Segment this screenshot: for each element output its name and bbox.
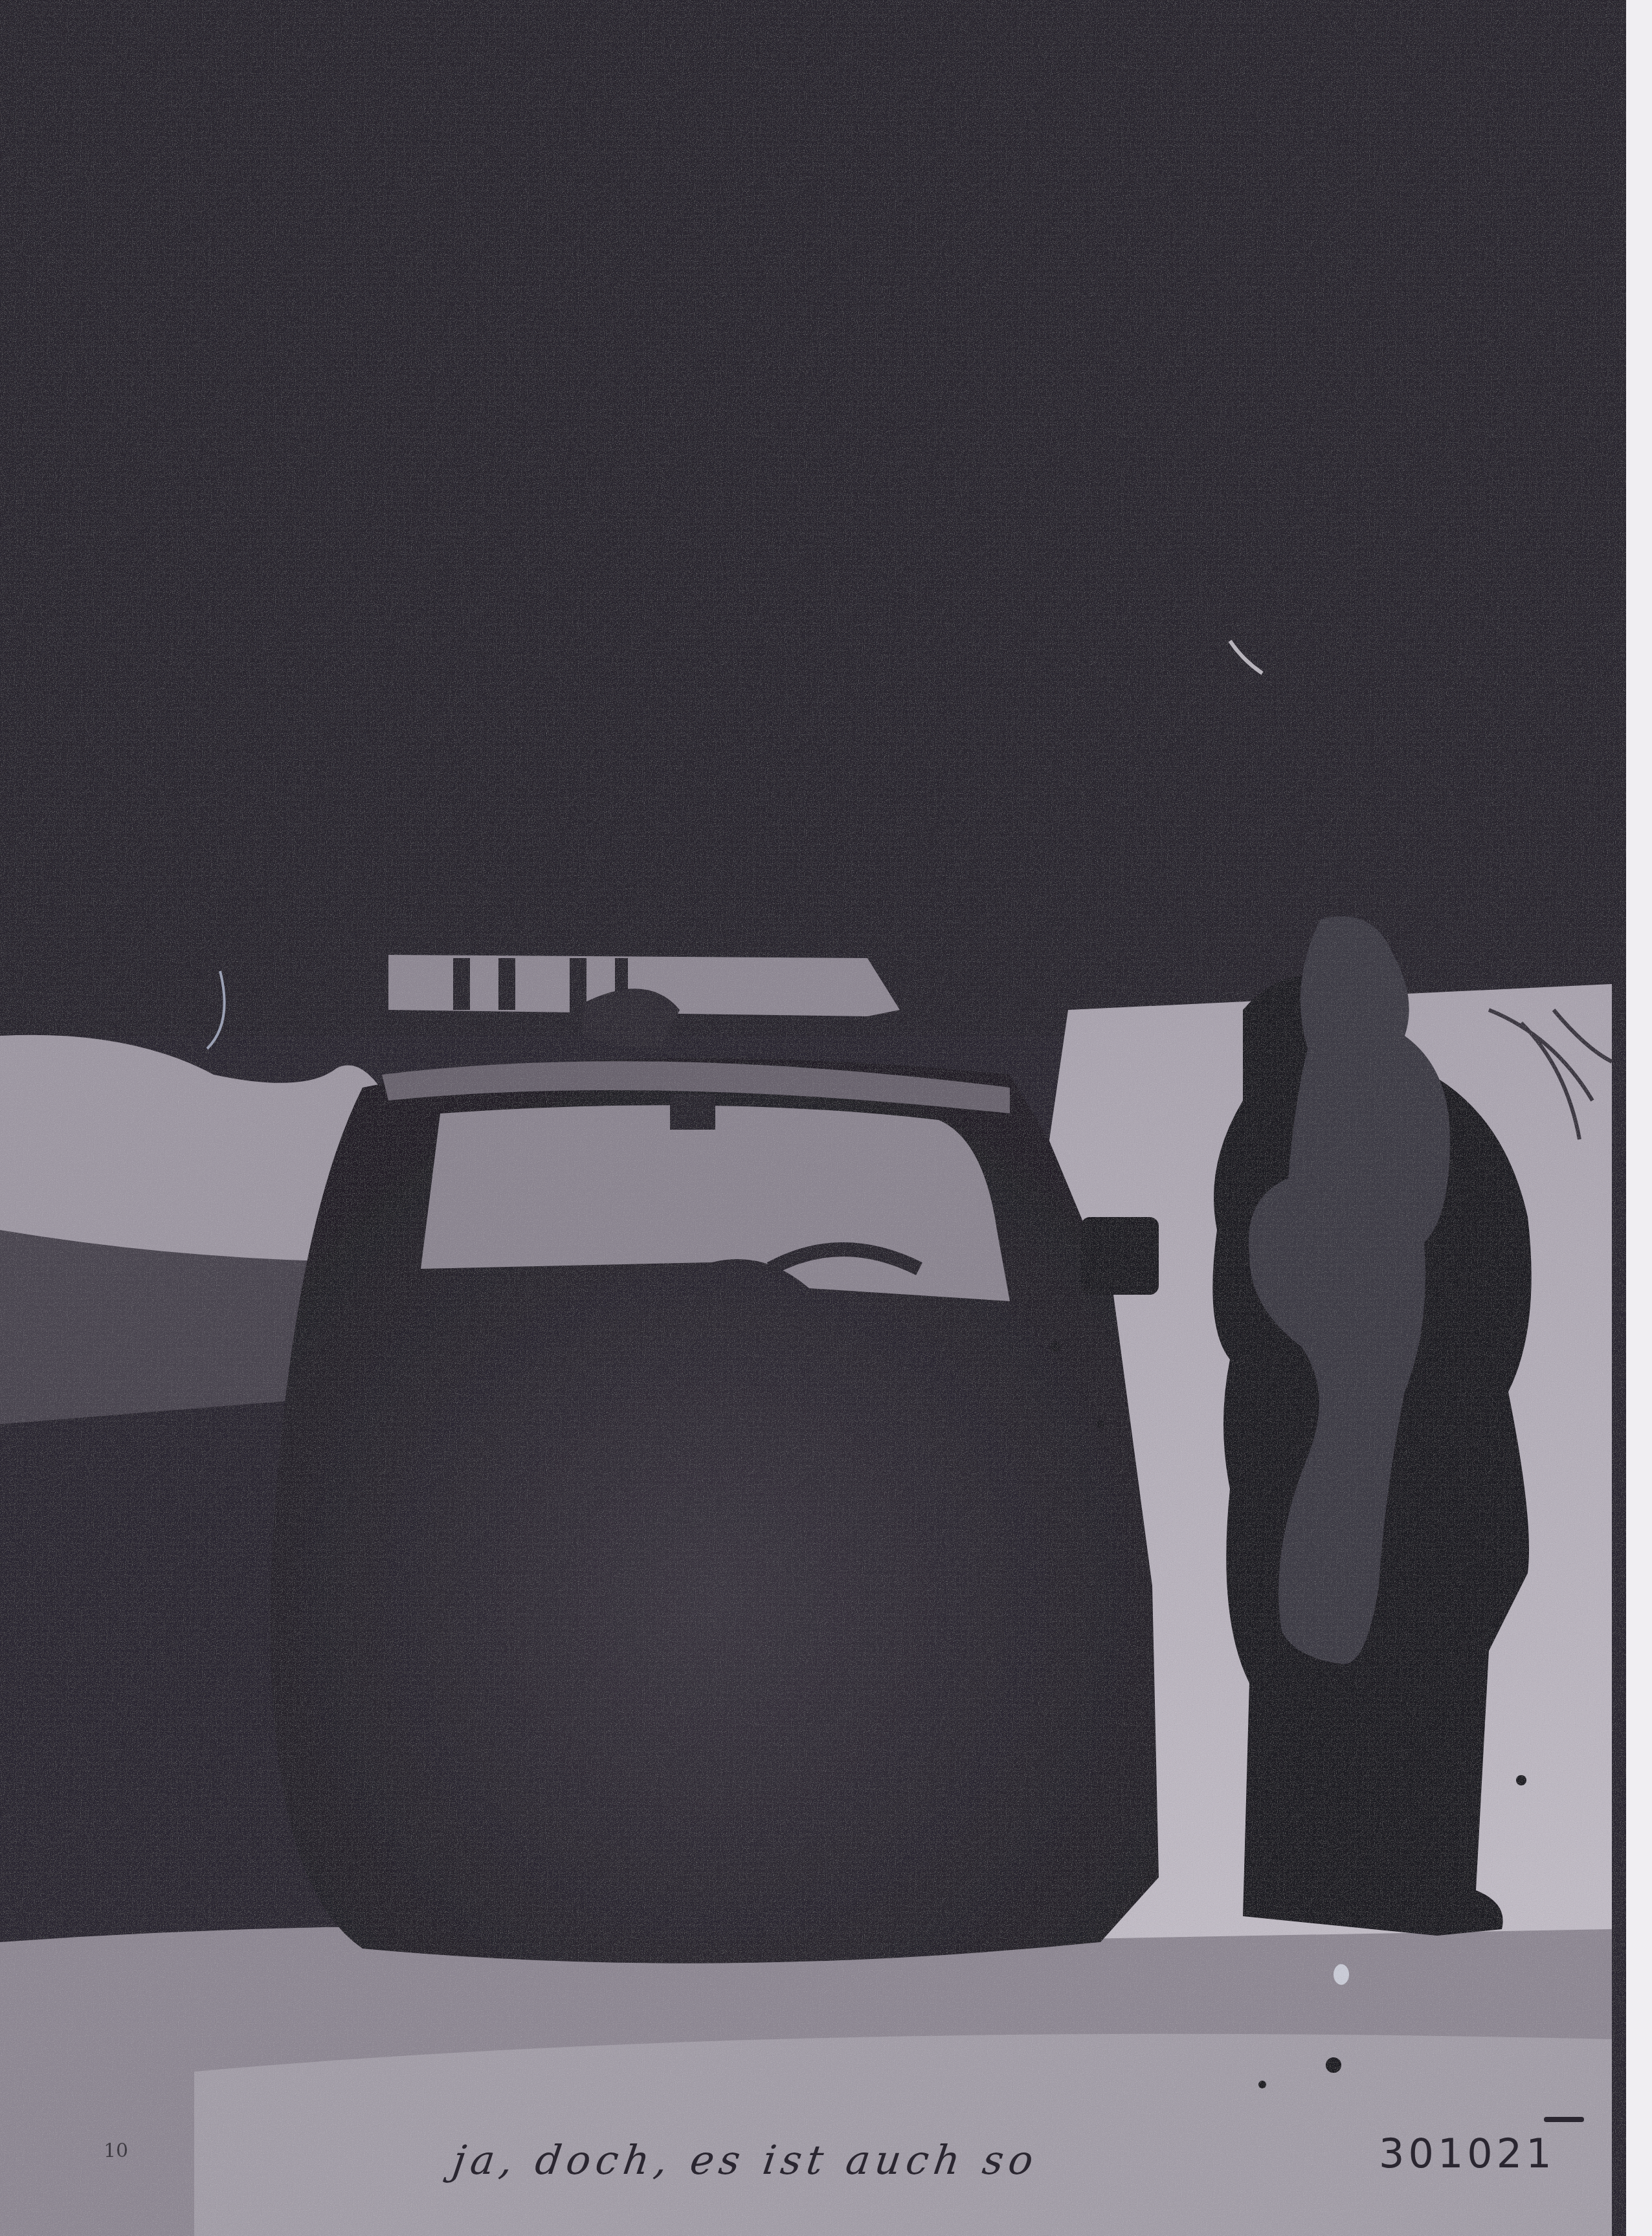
paper-margin (1626, 0, 1652, 2236)
side-mirror (1081, 1217, 1159, 1295)
handwritten-caption: ja, doch, es ist auch so (450, 2136, 1042, 2184)
photo-print: 10 ja, doch, es ist auch so 301021 (0, 0, 1633, 2236)
white-paint-drop (1334, 1964, 1349, 1985)
date-underline-dash (1544, 2117, 1584, 2122)
page-number: 10 (104, 2140, 128, 2162)
handwritten-date: 301021 (1379, 2130, 1556, 2177)
rearview-mirror (670, 1094, 715, 1130)
photo-scene (0, 0, 1633, 2236)
